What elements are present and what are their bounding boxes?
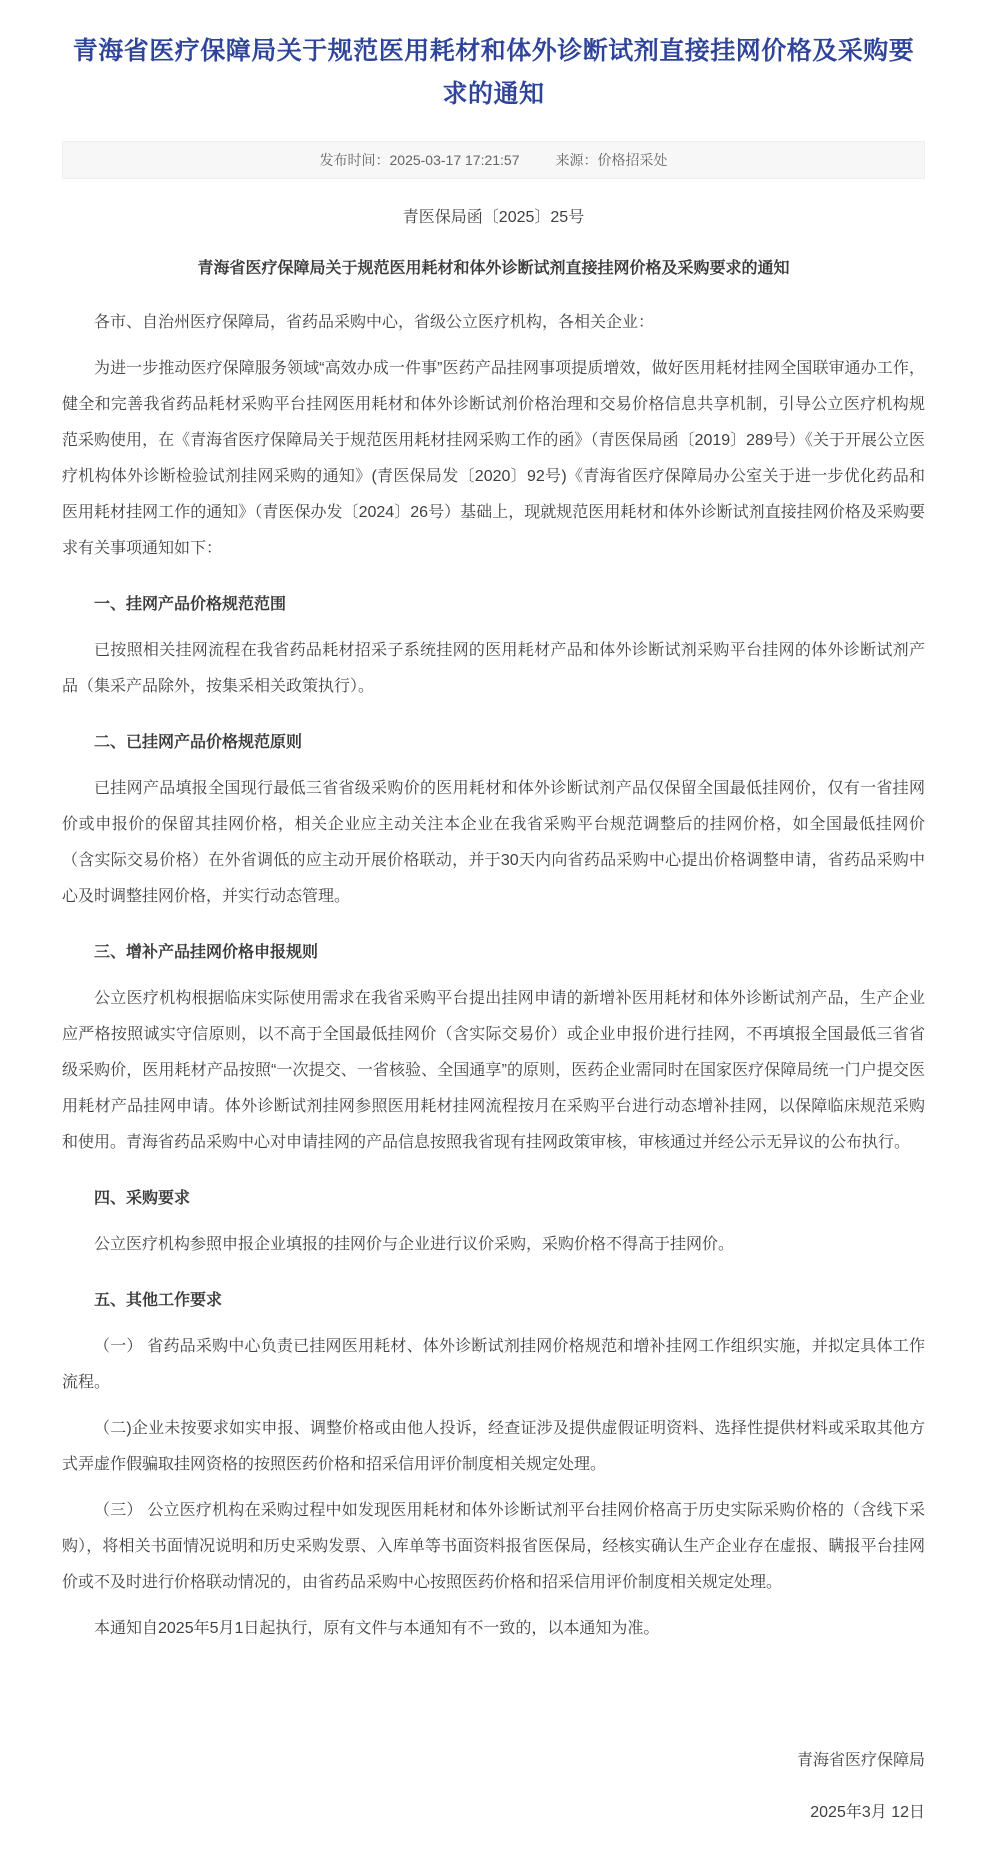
section-3-heading: 三、增补产品挂网价格申报规则 — [62, 935, 925, 971]
page-title: 青海省医疗保障局关于规范医用耗材和体外诊断试剂直接挂网价格及采购要求的通知 — [62, 30, 925, 115]
source-value: 价格招采处 — [598, 142, 668, 178]
section-4-heading: 四、采购要求 — [62, 1181, 925, 1217]
source-label: 来源： — [556, 142, 598, 178]
document-subtitle: 青海省医疗保障局关于规范医用耗材和体外诊断试剂直接挂网价格及采购要求的通知 — [62, 255, 925, 284]
addressee-line: 各市、自治州医疗保障局，省药品采购中心，省级公立医疗机构，各相关企业： — [62, 305, 925, 341]
section-5-heading: 五、其他工作要求 — [62, 1283, 925, 1319]
document-number: 青医保局函〔2025〕25号 — [62, 205, 925, 231]
section-3-paragraph: 公立医疗机构根据临床实际使用需求在我省采购平台提出挂网申请的新增补医用耗材和体外… — [62, 981, 925, 1161]
closing-paragraph: 本通知自2025年5月1日起执行，原有文件与本通知有不一致的，以本通知为准。 — [62, 1611, 925, 1647]
section-5-item-3: （三） 公立医疗机构在采购过程中如发现医用耗材和体外诊断试剂平台挂网价格高于历史… — [62, 1493, 925, 1601]
meta-bar: 发布时间：2025-03-17 17:21:57来源：价格招采处 — [62, 141, 925, 179]
signature-date: 2025年3月 12日 — [62, 1795, 925, 1831]
notice-page: 青海省医疗保障局关于规范医用耗材和体外诊断试剂直接挂网价格及采购要求的通知 发布… — [0, 0, 987, 1871]
intro-paragraph: 为进一步推动医疗保障服务领域“高效办成一件事”医药产品挂网事项提质增效，做好医用… — [62, 351, 925, 567]
section-1-paragraph: 已按照相关挂网流程在我省药品耗材招采子系统挂网的医用耗材产品和体外诊断试剂采购平… — [62, 633, 925, 705]
publish-time-label: 发布时间： — [320, 142, 390, 178]
section-5-item-1: （一） 省药品采购中心负责已挂网医用耗材、体外诊断试剂挂网价格规范和增补挂网工作… — [62, 1329, 925, 1401]
signature-organization: 青海省医疗保障局 — [62, 1743, 925, 1779]
section-5-item-2: （二)企业未按要求如实申报、调整价格或由他人投诉，经查证涉及提供虚假证明资料、选… — [62, 1411, 925, 1483]
signature-block: 青海省医疗保障局 2025年3月 12日 — [62, 1743, 925, 1831]
section-2-paragraph: 已挂网产品填报全国现行最低三省省级采购价的医用耗材和体外诊断试剂产品仅保留全国最… — [62, 771, 925, 915]
section-4-paragraph: 公立医疗机构参照申报企业填报的挂网价与企业进行议价采购，采购价格不得高于挂网价。 — [62, 1227, 925, 1263]
section-2-heading: 二、已挂网产品价格规范原则 — [62, 725, 925, 761]
section-1-heading: 一、挂网产品价格规范范围 — [62, 587, 925, 623]
document-body: 各市、自治州医疗保障局，省药品采购中心，省级公立医疗机构，各相关企业： 为进一步… — [62, 305, 925, 1831]
publish-time-value: 2025-03-17 17:21:57 — [390, 142, 520, 178]
